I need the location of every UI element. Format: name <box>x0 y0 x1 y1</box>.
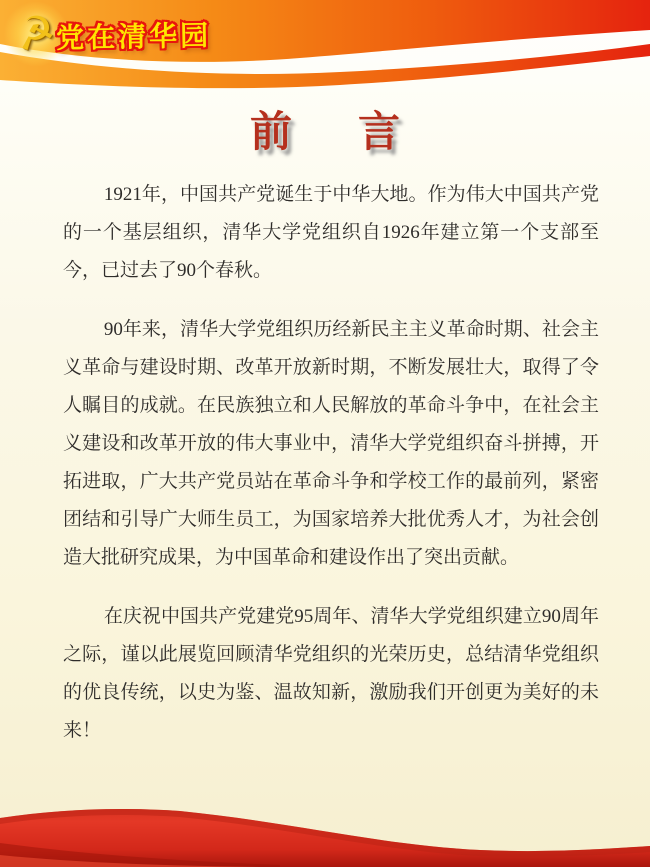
banner-title: 党在清华园 <box>56 11 357 56</box>
footer-ribbon-graphic <box>0 797 650 867</box>
poster-page: { "header": { "title": "党在清华园", "emblem_… <box>0 0 650 867</box>
preface-paragraph-1: 1921年，中国共产党诞生于中华大地。作为伟大中国共产党的一个基层组织，清华大学… <box>63 176 599 290</box>
preface-heading: 前言 <box>0 99 650 159</box>
preface-paragraph-2: 90年来，清华大学党组织历经新民主主义革命时期、社会主义革命与建设时期、改革开放… <box>63 311 599 577</box>
preface-paragraph-3: 在庆祝中国共产党建党95周年、清华大学党组织建立90周年之际，谨以此展览回顾清华… <box>63 598 599 750</box>
preface-heading-char-2: 言 <box>358 107 400 156</box>
hammer-and-sickle-icon: ☭ <box>12 8 60 59</box>
preface-body: 1921年，中国共产党诞生于中华大地。作为伟大中国共产党的一个基层组织，清华大学… <box>63 176 599 771</box>
preface-heading-char-1: 前 <box>250 107 292 156</box>
